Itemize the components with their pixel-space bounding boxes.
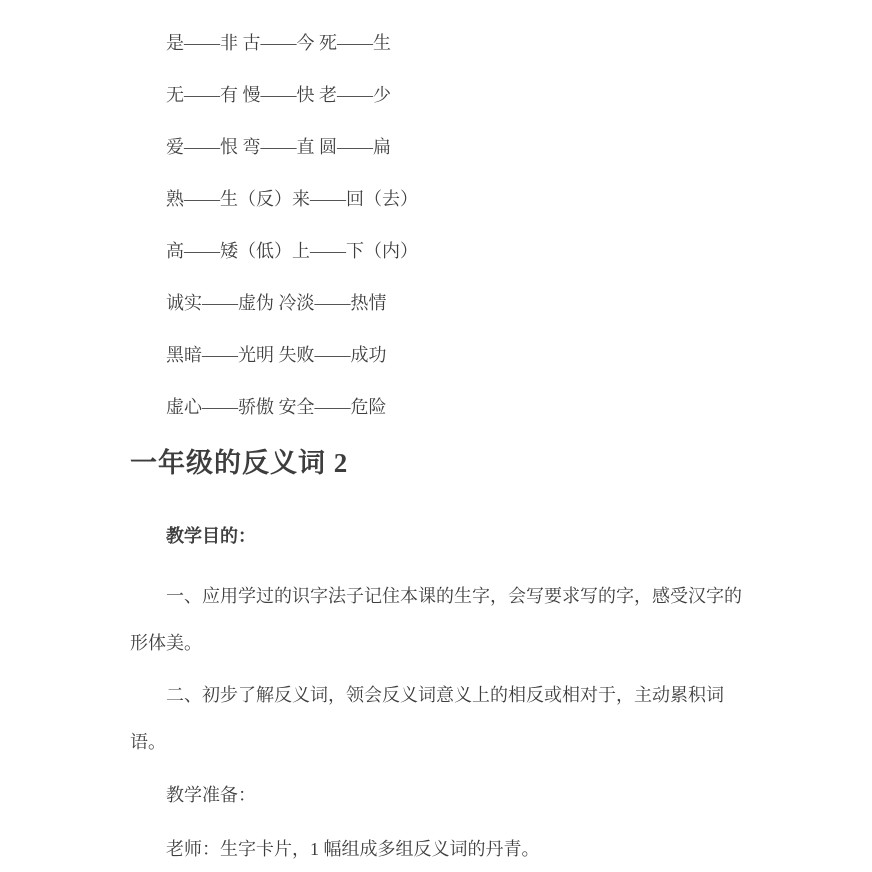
antonym-line: 高——矮（低）上——下（内） — [130, 225, 744, 277]
paragraph-line: 教学目的： — [130, 513, 744, 560]
paragraph-line: 形体美。 — [130, 620, 744, 667]
document-page: 是——非 古——今 死——生无——有 慢——快 老——少爱——恨 弯——直 圆—… — [0, 0, 872, 872]
antonym-line: 诚实——虚伪 冷淡——热情 — [130, 277, 744, 329]
paragraph-line: 语。 — [130, 719, 744, 766]
antonym-word-list: 是——非 古——今 死——生无——有 慢——快 老——少爱——恨 弯——直 圆—… — [130, 17, 744, 433]
paragraph: 教学目的： — [130, 513, 744, 560]
paragraph-line: 一、应用学过的识字法子记住本课的生字，会写要求写的字，感受汉字的 — [130, 573, 744, 620]
antonym-line: 熟——生（反）来——回（去） — [130, 173, 744, 225]
antonym-line: 黑暗——光明 失败——成功 — [130, 329, 744, 381]
section-heading: 一年级的反义词 2 — [130, 441, 744, 485]
paragraph: 一、应用学过的识字法子记住本课的生字，会写要求写的字，感受汉字的形体美。 — [130, 573, 744, 667]
paragraph: 教学准备： — [130, 772, 744, 819]
paragraph-line: 教学准备： — [130, 772, 744, 819]
paragraph: 二、初步了解反义词，领会反义词意义上的相反或相对于，主动累积词语。 — [130, 672, 744, 766]
antonym-line: 爱——恨 弯——直 圆——扁 — [130, 121, 744, 173]
paragraph-line: 二、初步了解反义词，领会反义词意义上的相反或相对于，主动累积词 — [130, 672, 744, 719]
paragraph-line: 老师：生字卡片，1 幅组成多组反义词的丹青。 — [130, 826, 744, 872]
antonym-line: 无——有 慢——快 老——少 — [130, 69, 744, 121]
antonym-line: 虚心——骄傲 安全——危险 — [130, 381, 744, 433]
antonym-line: 是——非 古——今 死——生 — [130, 17, 744, 69]
paragraph: 老师：生字卡片，1 幅组成多组反义词的丹青。 — [130, 826, 744, 872]
lesson-plan-body: 教学目的：一、应用学过的识字法子记住本课的生字，会写要求写的字，感受汉字的形体美… — [130, 513, 744, 872]
